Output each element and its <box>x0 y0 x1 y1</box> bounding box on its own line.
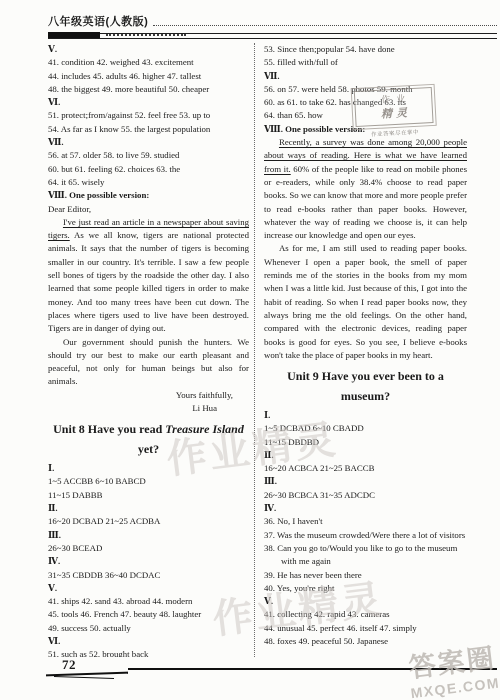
text-line: 51. protect;from/against 52. feel free 5… <box>48 109 249 122</box>
text-line: 41. ships 42. sand 43. abroad 44. modern <box>48 595 249 608</box>
text-line: 36. No, I haven't <box>264 515 467 528</box>
text-line: 26~30 BCEAD <box>48 542 249 555</box>
text-line: 1~5 ACCBB 6~10 BABCD <box>48 475 249 488</box>
title-text: yet? <box>138 442 159 456</box>
text-line: 64. than 65. how <box>264 109 467 122</box>
title-text: Unit 8 Have you read <box>53 422 165 436</box>
content-columns: Ⅴ.41. condition 42. weighed 43. exciteme… <box>0 43 500 657</box>
text-line: 48. the biggest 49. more beautiful 50. c… <box>48 83 249 96</box>
text-line: Ⅳ. <box>264 502 467 515</box>
text-line: 16~20 ACBCA 21~25 BACCB <box>264 462 467 475</box>
text-line: 60. but 61. feeling 62. choices 63. the <box>48 163 249 176</box>
text-line: 11~15 DABBB <box>48 489 249 502</box>
text-line: 26~30 BCBCA 31~35 ADCDC <box>264 489 467 502</box>
text-line: Ⅷ. One possible version: <box>48 189 249 202</box>
text-line: Ⅴ. <box>48 582 249 595</box>
text-line: Ⅴ. <box>48 43 249 56</box>
page-number-ornament <box>54 676 114 679</box>
text-line: Li Hua <box>48 402 249 415</box>
book-title: 八年级英语(人教版) <box>48 13 148 29</box>
text-line: 54. As far as I know 55. the largest pop… <box>48 123 249 136</box>
text-line: As for me, I am still used to reading pa… <box>264 242 467 362</box>
text-line: Ⅵ. <box>48 635 249 648</box>
text-line: Ⅲ. <box>48 529 249 542</box>
text-line: Ⅰ. <box>48 462 249 475</box>
answer-key-page: 八年级英语(人教版) Ⅴ.41. condition 42. weighed 4… <box>0 0 500 700</box>
text-line: 16~20 DCBAD 21~25 ACDBA <box>48 515 249 528</box>
title-text: Unit 9 Have you ever been to a museum? <box>287 369 444 402</box>
page-header: 八年级英语(人教版) <box>0 0 500 30</box>
text-line: I've just read an article in a newspaper… <box>48 216 249 336</box>
text-line: Ⅲ. <box>264 475 467 488</box>
text-line: Ⅰ. <box>264 409 467 422</box>
unit-title: Unit 8 Have you read Treasure Island yet… <box>50 420 247 459</box>
text-line: Ⅶ. <box>264 70 467 83</box>
text-line: 56. on 57. were held 58. photos 59. mont… <box>264 83 467 96</box>
page-number: 72 <box>46 657 132 673</box>
text-line: 41. collecting 42. rapid 43. cameras <box>264 608 467 621</box>
text-line: 11~15 DBDBD <box>264 436 467 449</box>
text-line: 60. as 61. to take 62. has changed 63. i… <box>264 96 467 109</box>
text-line: Ⅶ. <box>48 136 249 149</box>
text-line: 64. it 65. wisely <box>48 176 249 189</box>
text-line: Ⅱ. <box>264 449 467 462</box>
text-line: 39. He has never been there <box>264 569 467 582</box>
unit-title: Unit 9 Have you ever been to a museum? <box>266 367 465 406</box>
page-number-block: 72 <box>46 657 132 678</box>
text-line: 1~5 DCBAD 6~10 CBADD <box>264 422 467 435</box>
text-line: 55. filled with/full of <box>264 56 467 69</box>
text-line: 45. tools 46. French 47. beauty 48. laug… <box>48 608 249 621</box>
book-title-italic: Treasure Island <box>165 422 244 436</box>
text-line: 48. foxes 49. peaceful 50. Japanese <box>264 635 467 648</box>
text-line: Ⅳ. <box>48 555 249 568</box>
text-line: Ⅵ. <box>48 96 249 109</box>
text-line: Yours faithfully, <box>48 389 249 402</box>
header-dash-ornament <box>106 34 186 36</box>
right-column: 53. Since then;popular 54. have done55. … <box>254 43 467 657</box>
text-line: 40. Yes, you're right <box>264 582 467 595</box>
header-dotted-leader <box>153 24 497 26</box>
text-line: Our government should punish the hunters… <box>48 336 249 389</box>
paragraph-text: As we all know, tigers are national prot… <box>48 230 249 333</box>
text-line: Ⅷ. One possible version: <box>264 123 467 136</box>
text-line: 38. Can you go to/Would you like to go t… <box>264 542 467 569</box>
text-line: 31~35 CBDDB 36~40 DCDAC <box>48 569 249 582</box>
text-line: 44. includes 45. adults 46. higher 47. t… <box>48 70 249 83</box>
header-rule <box>48 32 497 40</box>
text-line: Ⅱ. <box>48 502 249 515</box>
text-line: 41. condition 42. weighed 43. excitement <box>48 56 249 69</box>
text-line: Ⅴ. <box>264 595 467 608</box>
paragraph-text: 60% of the people like to read on mobile… <box>264 164 467 240</box>
footer-rule <box>128 668 497 670</box>
text-line: 53. Since then;popular 54. have done <box>264 43 467 56</box>
header-thick-bar <box>48 32 100 38</box>
text-line: 44. unusual 45. perfect 46. itself 47. s… <box>264 622 467 635</box>
text-line: Dear Editor, <box>48 203 249 216</box>
text-line: 56. at 57. older 58. to live 59. studied <box>48 149 249 162</box>
text-line: 49. success 50. actually <box>48 622 249 635</box>
corner-site: MXQE.COM <box>410 674 500 700</box>
text-line: 37. Was the museum crowded/Were there a … <box>264 529 467 542</box>
left-column: Ⅴ.41. condition 42. weighed 43. exciteme… <box>48 43 254 657</box>
text-line: 51. such as 52. brought back <box>48 648 249 657</box>
text-line: Recently, a survey was done among 20,000… <box>264 136 467 242</box>
